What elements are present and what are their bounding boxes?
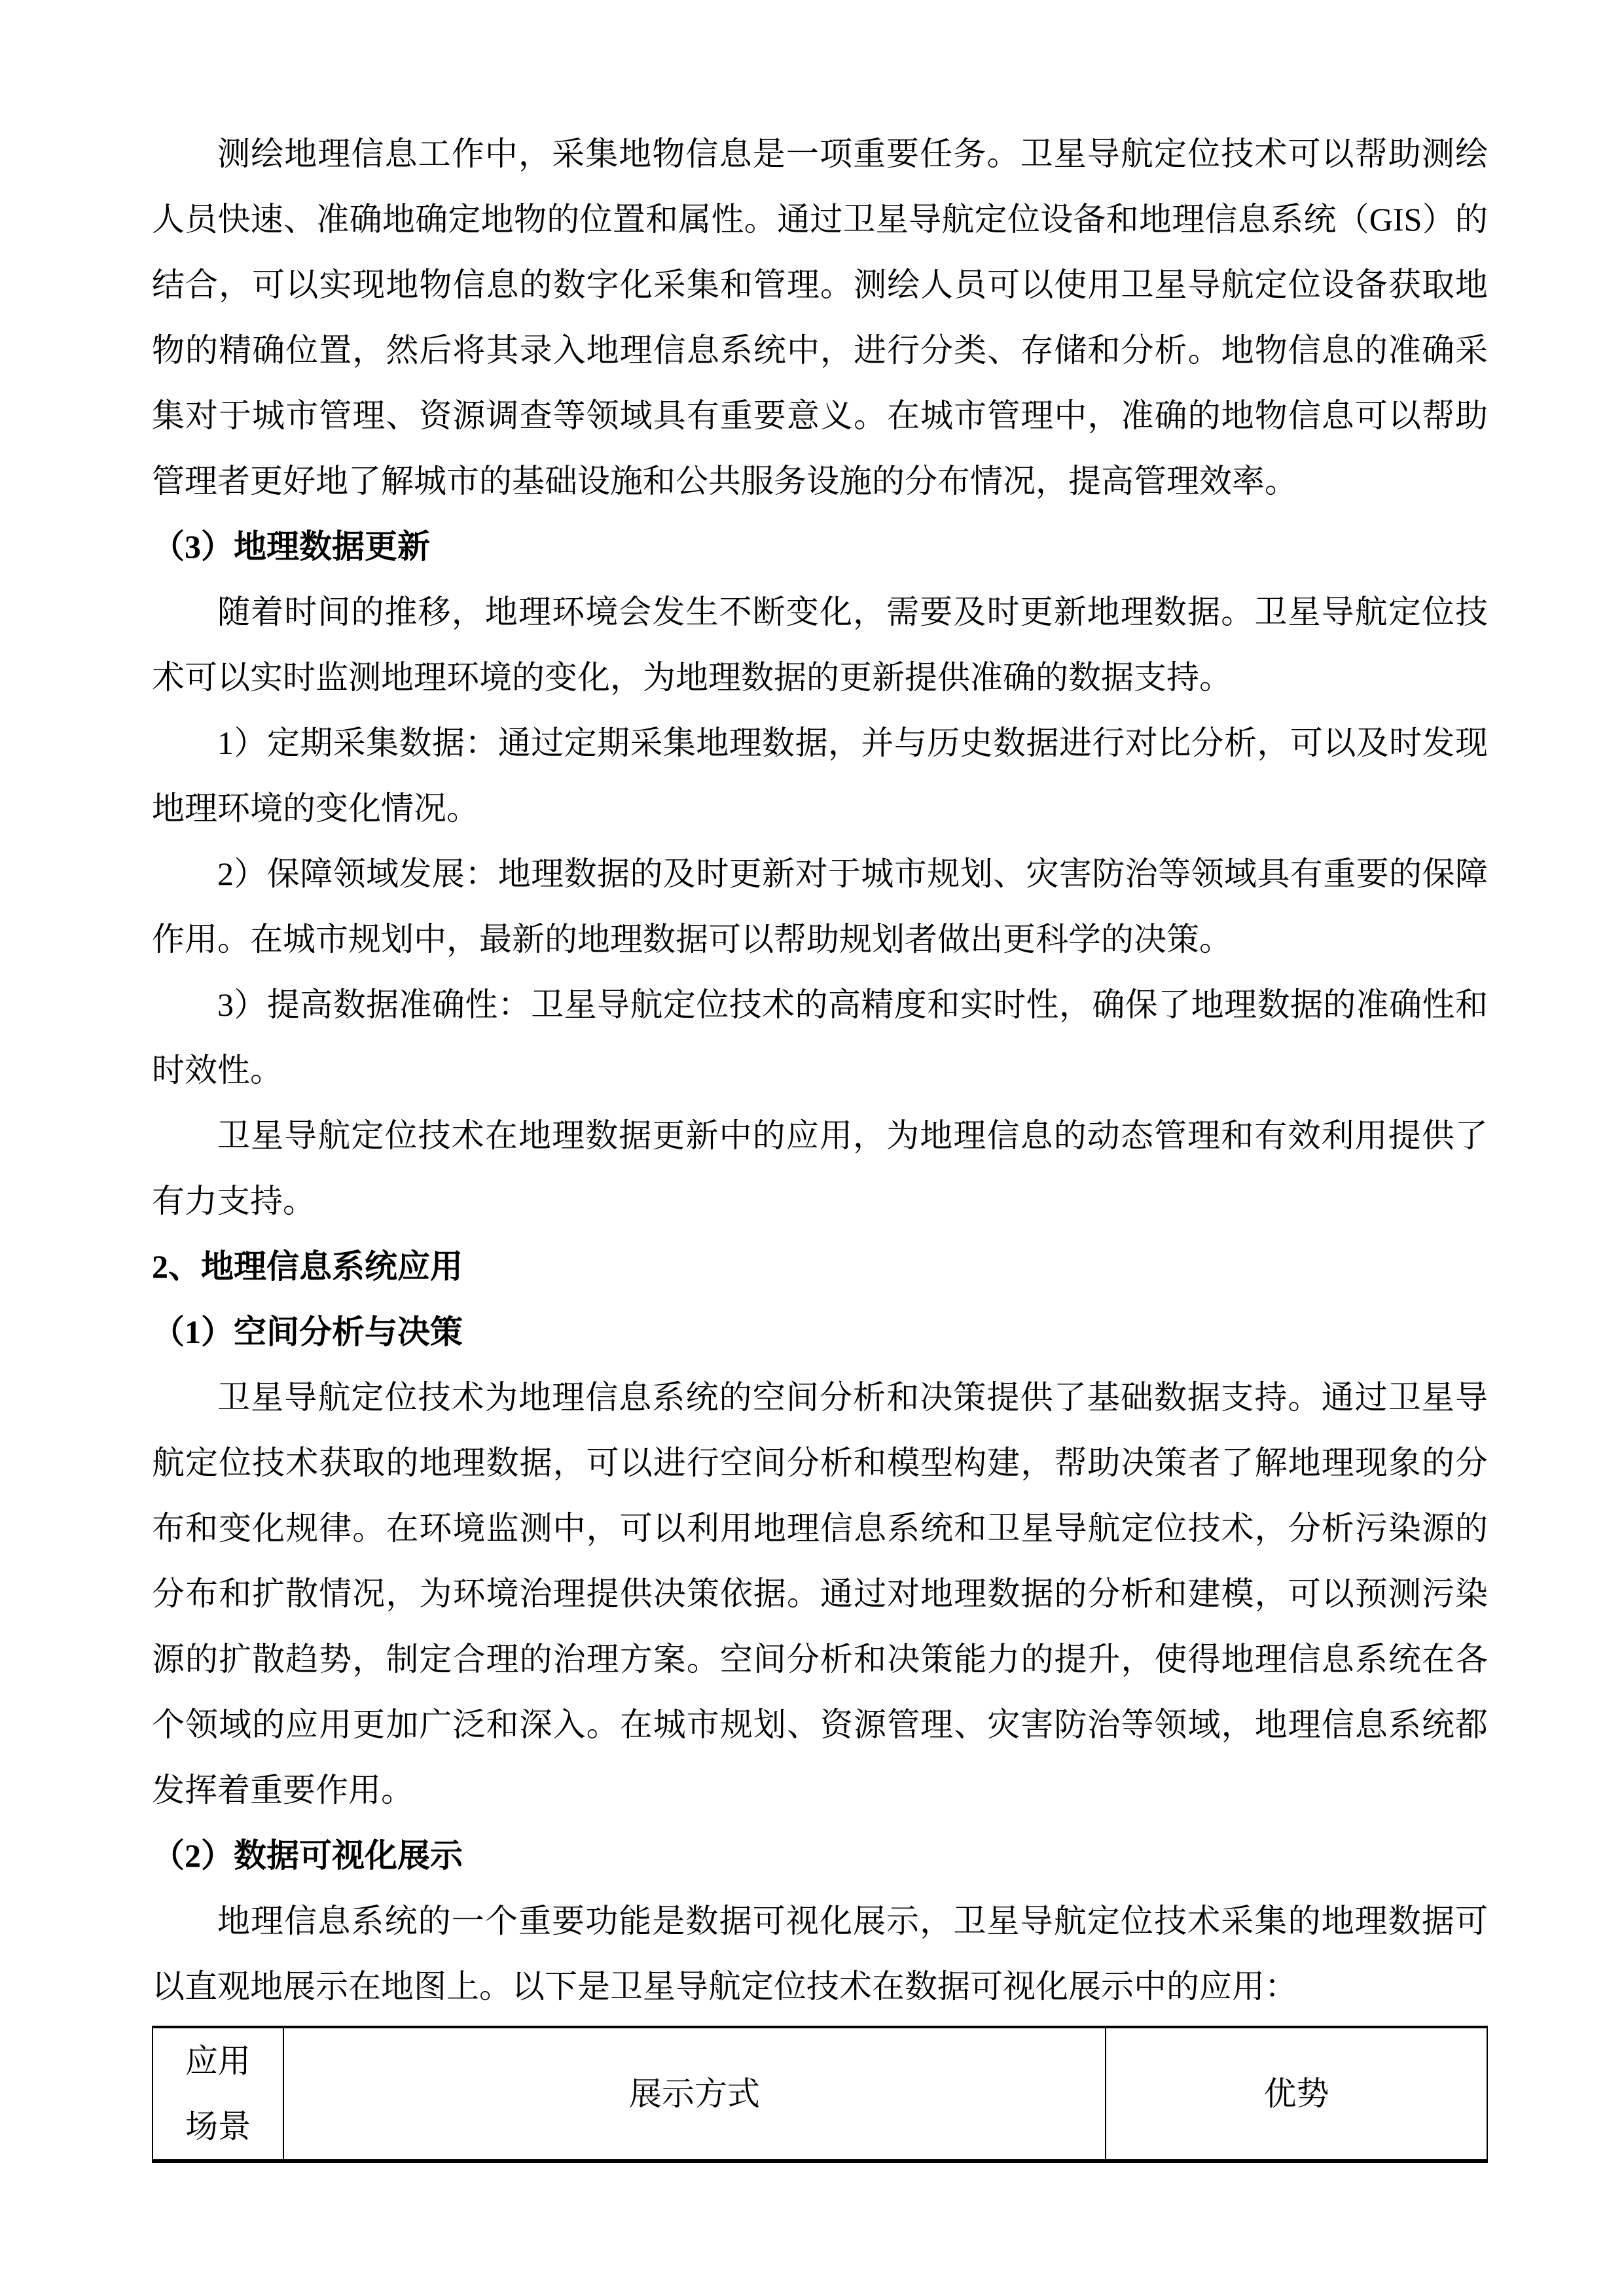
chapter-heading-gis-applications: 2、地理信息系统应用 (152, 1234, 1488, 1299)
visualization-applications-table: 应用场景 展示方式 优势 (152, 2026, 1488, 2163)
table-header-display-method: 展示方式 (283, 2027, 1106, 2161)
section-heading-data-visualization: （2）数据可视化展示 (152, 1823, 1488, 1888)
body-paragraph-data-visualization-intro: 地理信息系统的一个重要功能是数据可视化展示，卫星导航定位技术采集的地理数据可以直… (152, 1888, 1488, 2019)
section-heading-spatial-analysis-decision: （1）空间分析与决策 (152, 1299, 1488, 1365)
document-page: 测绘地理信息工作中，采集地物信息是一项重要任务。卫星导航定位技术可以帮助测绘人员… (0, 0, 1624, 2296)
body-paragraph-item-domain-support: 2）保障领域发展：地理数据的及时更新对于城市规划、灾害防治等领域具有重要的保障作… (152, 841, 1488, 972)
body-paragraph-item-data-accuracy: 3）提高数据准确性：卫星导航定位技术的高精度和实时性，确保了地理数据的准确性和时… (152, 972, 1488, 1103)
table-header-row: 应用场景 展示方式 优势 (153, 2027, 1487, 2161)
body-paragraph-data-update-summary: 卫星导航定位技术在地理数据更新中的应用，为地理信息的动态管理和有效利用提供了有力… (152, 1103, 1488, 1234)
body-paragraph-data-update-intro: 随着时间的推移，地理环境会发生不断变化，需要及时更新地理数据。卫星导航定位技术可… (152, 579, 1488, 710)
body-paragraph-item-periodic-collection: 1）定期采集数据：通过定期采集地理数据，并与历史数据进行对比分析，可以及时发现地… (152, 710, 1488, 841)
table-header-application-scenario: 应用场景 (153, 2027, 283, 2161)
body-paragraph-surveying-info-collection: 测绘地理信息工作中，采集地物信息是一项重要任务。卫星导航定位技术可以帮助测绘人员… (152, 121, 1488, 514)
section-heading-geo-data-update: （3）地理数据更新 (152, 514, 1488, 579)
table-header-advantage: 优势 (1106, 2027, 1487, 2161)
body-paragraph-spatial-analysis: 卫星导航定位技术为地理信息系统的空间分析和决策提供了基础数据支持。通过卫星导航定… (152, 1365, 1488, 1823)
